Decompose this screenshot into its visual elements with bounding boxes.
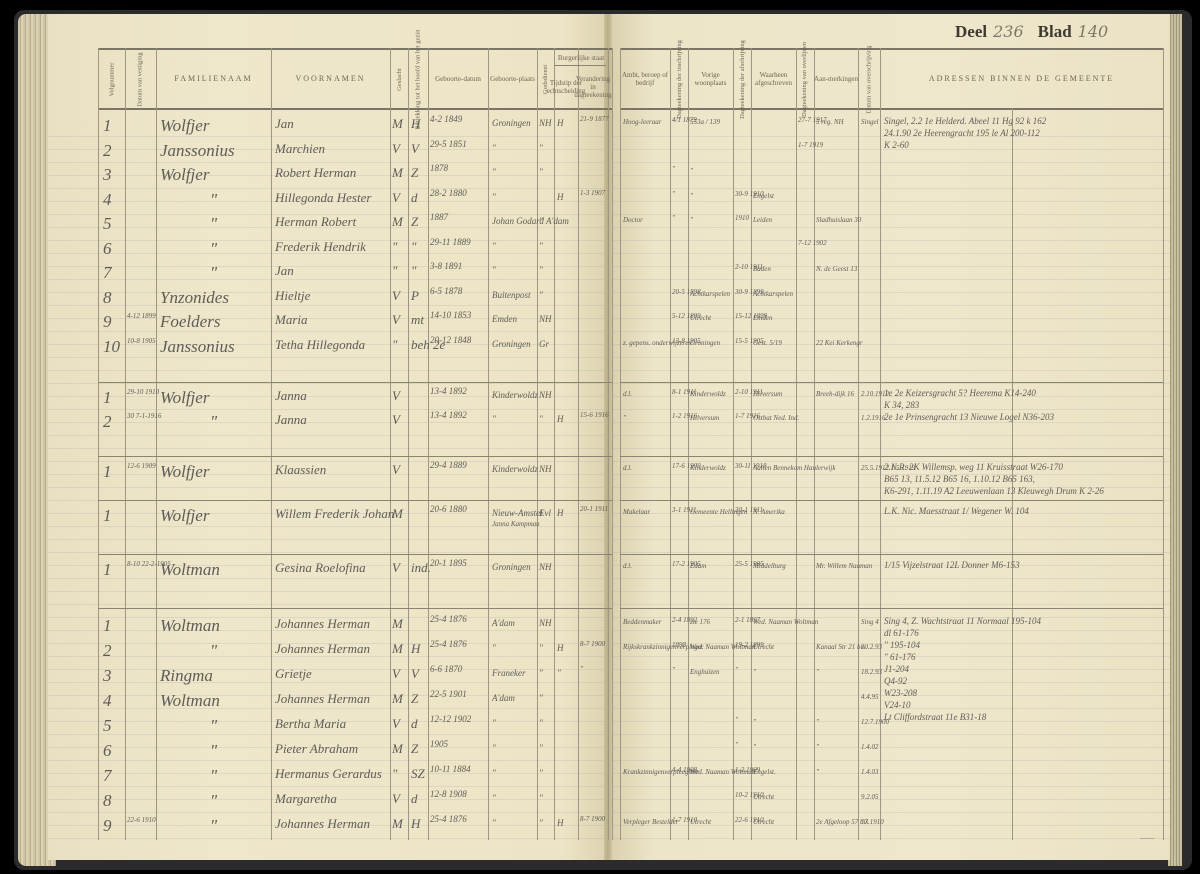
volgnummer-cell: 6 — [103, 741, 112, 761]
volgnummer-cell: 1 — [103, 616, 112, 636]
godsdienst-cell: " — [539, 167, 543, 177]
header-dagtekening_overlijden: Dagteekening van overlijden — [796, 50, 814, 108]
datum-vestiging-cell: 10-8 1905 — [127, 337, 156, 345]
header-datum_vestiging-label: Datum van vestiging — [137, 52, 144, 106]
volgnummer-cell: 2 — [103, 412, 112, 432]
address-line: dl 61-176 — [884, 628, 919, 638]
geboorteplaats-cell: Emden — [492, 314, 517, 324]
header-ambt-label: Ambt, beroep of bedrijf — [620, 71, 670, 87]
geboorteplaats-cell: Franeker — [492, 668, 526, 678]
godsdienst-cell: " — [539, 216, 543, 226]
geboortedatum-cell: 25-4 1876 — [430, 639, 467, 649]
geboortedatum-cell: 29-5 1851 — [430, 139, 467, 149]
family-separator — [620, 554, 1163, 555]
column-line — [578, 48, 579, 840]
volgnummer-cell: 1 — [103, 462, 112, 482]
godsdienst-cell: " — [539, 793, 543, 803]
geslacht-cell: V — [392, 560, 400, 576]
address-line: J1-204 — [884, 664, 909, 674]
address-line: W23-208 — [884, 688, 917, 698]
volgnummer-cell: 8 — [103, 288, 112, 308]
volume-page-indicator: Deel236Blad140 — [955, 22, 1122, 42]
address-line: 2e 1e Prinsengracht 13 Nieuwe Logel N36-… — [884, 412, 1054, 422]
column-line — [537, 48, 538, 840]
voornamen-cell: Johannes Herman — [275, 616, 370, 632]
column-line — [428, 48, 429, 840]
geslacht-cell: " — [392, 766, 397, 782]
address-line: Singel, 2.2 1e Helderd. Abeel 11 Hg 92 k… — [884, 116, 1046, 126]
volgnummer-cell: 1 — [103, 560, 112, 580]
waarheen-cell: Utrecht — [753, 818, 774, 826]
column-line — [1163, 48, 1164, 840]
overschrijving-cell: 9.2.05 — [861, 793, 879, 801]
header-adressen: ADRESSEN BINNEN DE GEMEENTE — [880, 50, 1163, 108]
burgerlijke-staat-cell: " — [557, 668, 561, 678]
header-datum_vestiging: Datum van vestiging — [125, 50, 156, 108]
header-dagtekening_overlijden-label: Dagteekening van overlijden — [802, 41, 809, 116]
familienaam-cell: " — [210, 239, 217, 259]
header-vorige_woonplaats-label: Vorige woonplaats — [688, 71, 733, 87]
geslacht-cell: M — [392, 214, 403, 230]
column-line — [670, 48, 671, 840]
godsdienst-cell: " — [539, 643, 543, 653]
geboorteplaats-cell: Johan Godard A'dam — [492, 216, 569, 226]
geboortedatum-cell: 22-5 1901 — [430, 689, 467, 699]
godsdienst-cell: NH — [539, 464, 552, 474]
address-line: 2.N.R. 2K Willemsp. weg 11 Kruisstraat W… — [884, 462, 1063, 472]
header-betrekking-label: Betrekking tot het hoofd van het gezin — [415, 29, 422, 129]
geboorteplaats-cell: " — [492, 143, 496, 153]
familienaam-cell: " — [210, 263, 217, 283]
afschrijving-cell: " — [735, 716, 738, 724]
header-dagtekening_inschrijving: Dagteekening der inschrijving — [670, 50, 688, 108]
overschrijving-cell: 1.4.03 — [861, 768, 879, 776]
column-line — [688, 48, 689, 840]
geslacht-cell: V — [392, 716, 400, 732]
familienaam-cell: " — [210, 214, 217, 234]
geboortedatum-cell: 6-5 1878 — [430, 286, 462, 296]
column-line — [488, 48, 489, 840]
overlijden-cell: 1-7 1919 — [798, 141, 823, 149]
geslacht-cell: M — [392, 741, 403, 757]
header-ambt: Ambt, beroep of bedrijf — [620, 50, 670, 108]
geslacht-cell: " — [392, 337, 397, 353]
vorige-woonplaats-cell: Enghuizen — [690, 668, 720, 676]
burgerlijke-staat-cell: H — [557, 414, 564, 424]
header-waarheen-label: Waarheen afgeschreven — [751, 71, 796, 87]
datum-vestiging-cell: 12-6 1909 — [127, 462, 156, 470]
geboortedatum-cell: 25-4 1876 — [430, 614, 467, 624]
vorige-woonplaats-cell: " — [690, 192, 693, 200]
geslacht-cell: V — [392, 141, 400, 157]
verandering-cell: 21-9 1877 — [580, 115, 609, 123]
address-line: Lt Cliffordstraat 11e B31-18 — [884, 712, 986, 722]
geboorteplaats-cell: " — [492, 167, 496, 177]
familienaam-cell: Woltman — [160, 691, 220, 711]
geslacht-cell: M — [392, 616, 403, 632]
volgnummer-cell: 9 — [103, 312, 112, 332]
godsdienst-cell: NH — [539, 390, 552, 400]
godsdienst-cell: " — [539, 718, 543, 728]
geboortedatum-cell: 12-8 1908 — [430, 789, 467, 799]
familienaam-cell: Woltman — [160, 616, 220, 636]
geslacht-cell: V — [392, 462, 400, 478]
address-line: " 195-104 — [884, 640, 920, 650]
aanmerkingen-cell: " — [816, 743, 819, 751]
geboorteplaats-cell: A'dam — [492, 693, 515, 703]
godsdienst-cell: " — [539, 693, 543, 703]
geboorteplaats-cell: Kinderwoldz — [492, 464, 538, 474]
volgnummer-cell: 9 — [103, 816, 112, 836]
voornamen-cell: Johannes Herman — [275, 641, 370, 657]
left-page — [48, 14, 608, 860]
datum-vestiging-cell: 29-10 1910 — [127, 388, 159, 396]
voornamen-cell: Robert Herman — [275, 165, 356, 181]
volgnummer-cell: 4 — [103, 190, 112, 210]
verandering-cell: 20-1 1911 — [580, 505, 608, 513]
header-bottom-right — [620, 108, 1163, 110]
vorige-woonplaats-cell: Utrecht — [690, 314, 711, 322]
column-line — [608, 48, 609, 840]
familienaam-cell: Wolfjer — [160, 388, 209, 408]
burgerlijke-staat-cell: H — [557, 192, 564, 202]
familienaam-cell: " — [210, 641, 217, 661]
datum-vestiging-cell: 30 7-1-1916 — [127, 412, 161, 420]
geslacht-cell: M — [392, 506, 403, 522]
column-line — [554, 48, 555, 840]
header-verandering: Verandering in dagteekening — [578, 66, 608, 108]
header-datum_overschrijving-label: Datum van overschrijving — [866, 45, 873, 113]
header-dagtekening_afschrijving-label: Dagteekening der afschrijving — [739, 40, 746, 119]
overschrijving-cell: 18.2.93 — [861, 668, 882, 676]
voornamen-cell: Jan — [275, 116, 294, 132]
burgerlijke-staat-cell: H — [557, 818, 564, 828]
voornamen-cell: Hermanus Gerardus — [275, 766, 382, 782]
geboortedatum-cell: 20-1 1895 — [430, 558, 467, 568]
familienaam-cell: Janssonius — [160, 141, 235, 161]
deel-value: 236 — [993, 22, 1024, 41]
geslacht-cell: V — [392, 288, 400, 304]
address-line: K 34, 283 — [884, 400, 919, 410]
geboorteplaats-cell: " — [492, 241, 496, 251]
vorige-woonplaats-cell: Kinderwoldz — [690, 390, 726, 398]
family-separator — [620, 456, 1163, 457]
afschrijving-cell: " — [735, 741, 738, 749]
note-cell: Janna Kampman — [492, 520, 540, 528]
address-line: K6-291, 1.11.19 A2 Leeuwenlaan 13 Kleuwe… — [884, 486, 1104, 496]
header-volgnummer: Volgnummer — [98, 50, 125, 108]
familienaam-cell: " — [210, 716, 217, 736]
voornamen-cell: Margaretha — [275, 791, 337, 807]
volgnummer-cell: 3 — [103, 165, 112, 185]
godsdienst-cell: " — [539, 768, 543, 778]
geboortedatum-cell: 12-12 1902 — [430, 714, 471, 724]
header-dagtekening_inschrijving-label: Dagteekening der inschrijving — [676, 40, 683, 119]
waarheen-cell: N. Amerika — [753, 508, 785, 516]
betrekking-cell: V — [411, 141, 419, 157]
voornamen-cell: Janna — [275, 388, 307, 404]
waarheen-cell: Engelst — [753, 192, 774, 200]
aanmerkingen-cell: 5 reg. NH — [816, 118, 844, 126]
vorige-woonplaats-cell: zie 176 — [690, 618, 710, 626]
family-separator — [98, 608, 612, 609]
waarheen-cell: Baden — [753, 265, 771, 273]
aanmerkingen-cell: Kanaal Str 21 bis — [816, 643, 865, 651]
godsdienst-cell: NH — [539, 314, 552, 324]
header-waarheen: Waarheen afgeschreven — [751, 50, 796, 108]
deel-label: Deel — [955, 22, 987, 41]
vorige-woonplaats-cell: Hilversum — [690, 414, 719, 422]
voornamen-cell: Willem Frederik Johan — [275, 506, 394, 522]
familienaam-cell: " — [210, 412, 217, 432]
verandering-cell: 1-3 1907 — [580, 189, 605, 197]
geboorteplaats-cell: " — [492, 793, 496, 803]
voornamen-cell: Klaassien — [275, 462, 326, 478]
geboorteplaats-cell: Nieuw-Amstel — [492, 508, 543, 518]
burgerlijke-staat-cell: H — [557, 508, 564, 518]
family-separator — [98, 456, 612, 457]
aanmerkingen-cell: N. de Geest 13 — [816, 265, 857, 273]
geslacht-cell: " — [392, 263, 397, 279]
geboorteplaats-cell: " — [492, 818, 496, 828]
familienaam-cell: " — [210, 190, 217, 210]
geboortedatum-cell: 3-8 1891 — [430, 261, 462, 271]
familienaam-cell: Janssonius — [160, 337, 235, 357]
voornamen-cell: Johannes Herman — [275, 691, 370, 707]
geboortedatum-cell: 6-6 1870 — [430, 664, 462, 674]
betrekking-cell: ind. — [411, 560, 431, 576]
geboortedatum-cell: 14-10 1853 — [430, 310, 471, 320]
godsdienst-cell: " — [539, 818, 543, 828]
address-line: 1e 2e Keizersgracht 5? Heerema K14-240 — [884, 388, 1036, 398]
geboortedatum-cell: 20-6 1880 — [430, 504, 467, 514]
godsdienst-cell: Evl — [539, 508, 551, 518]
address-line: Sing 4, Z. Wachtstraat 11 Normaal 195-10… — [884, 616, 1041, 626]
inschrijving-cell: " — [672, 190, 675, 198]
verandering-cell: 8-7 1900 — [580, 815, 605, 823]
vorige-woonplaats-cell: 553a / 139 — [690, 118, 720, 126]
betrekking-cell: mt — [411, 312, 424, 328]
family-separator — [98, 382, 612, 383]
geslacht-cell: V — [392, 412, 400, 428]
header-voornamen-label: VOORNAMEN — [296, 75, 366, 83]
address-line: 1/15 Vijzelstraat 12L Donner M6-153 — [884, 560, 1020, 570]
waarheen-cell: Wed. Naaman Woltman — [753, 618, 818, 626]
familienaam-cell: " — [210, 741, 217, 761]
waarheen-cell: Leiden — [753, 216, 772, 224]
header-geslacht: Geslacht — [390, 50, 408, 108]
godsdienst-cell: NH — [539, 562, 552, 572]
voornamen-cell: Bertha Maria — [275, 716, 346, 732]
volgnummer-cell: 1 — [103, 116, 112, 136]
voornamen-cell: Hieltje — [275, 288, 310, 304]
geboorteplaats-cell: " — [492, 718, 496, 728]
overschrijving-cell: 17.1910 — [861, 818, 884, 826]
datum-vestiging-cell: 22-6 1910 — [127, 816, 156, 824]
afschrijving-cell: " — [735, 666, 738, 674]
betrekking-cell: " — [411, 263, 416, 279]
voornamen-cell: Gesina Roelofina — [275, 560, 366, 576]
betrekking-cell: d — [411, 791, 418, 807]
header-familienaam: FAMILIENAAM — [156, 50, 271, 108]
header-volgnummer-label: Volgnummer — [108, 62, 115, 96]
verandering-cell: 15-6 1916 — [580, 411, 609, 419]
ambt-cell: Doctor — [623, 216, 643, 224]
family-separator — [620, 500, 1163, 501]
betrekking-cell: Z — [411, 165, 418, 181]
geboorteplaats-cell: " — [492, 643, 496, 653]
betrekking-cell: V — [411, 666, 419, 682]
waarheen-cell: Achtkarspelen — [753, 290, 793, 298]
page-edges-right — [1168, 14, 1182, 866]
ambt-cell: Hoog-leeraar — [623, 118, 662, 126]
header-bottom-left — [98, 108, 612, 110]
header-voornamen: VOORNAMEN — [271, 50, 390, 108]
volgnummer-cell: 3 — [103, 666, 112, 686]
godsdienst-cell: " — [539, 743, 543, 753]
overschrijving-cell: 10.2.93 — [861, 643, 882, 651]
geboortedatum-cell: 1887 — [430, 212, 448, 222]
inschrijving-cell: " — [672, 214, 675, 222]
inschrijving-cell: 1898 — [672, 641, 686, 649]
geslacht-cell: M — [392, 691, 403, 707]
aanmerkingen-cell: Mr. Willem Naaman — [816, 562, 872, 570]
vorige-woonplaats-cell: Achtkarspelen — [690, 290, 730, 298]
overschrijving-cell: 1.4.02 — [861, 743, 879, 751]
waarheen-cell: " — [753, 718, 756, 726]
godsdienst-cell: " — [539, 241, 543, 251]
ambt-cell: d.l. — [623, 464, 632, 472]
waarheen-cell: Aalten Bennekom Haulerwijk — [753, 464, 835, 472]
inschrijving-cell: " — [672, 666, 675, 674]
header-geboorteplaats-label: Geboorte-plaats — [490, 75, 535, 83]
column-line — [814, 48, 815, 840]
header-adressen-label: ADRESSEN BINNEN DE GEMEENTE — [929, 75, 1114, 83]
address-line: 24.1.90 2e Heerengracht 195 le Al 200-11… — [884, 128, 1040, 138]
geboortedatum-cell: 29-4 1889 — [430, 460, 467, 470]
volgnummer-cell: 10 — [103, 337, 120, 357]
ambt-cell: d.l. — [623, 562, 632, 570]
verandering-cell: 8-7 1900 — [580, 640, 605, 648]
geboorteplaats-cell: " — [492, 265, 496, 275]
afschrijving-cell: 1910 — [735, 214, 749, 222]
page-mark — [1140, 838, 1154, 839]
waarheen-cell: Ostbat Ned. Ind. — [753, 414, 799, 422]
betrekking-cell: d — [411, 716, 418, 732]
geslacht-cell: V — [392, 666, 400, 682]
godsdienst-cell: " — [539, 290, 543, 300]
vorige-woonplaats-cell: " — [690, 167, 693, 175]
header-verandering-label: Verandering in dagteekening — [574, 75, 611, 99]
familienaam-cell: Ringma — [160, 666, 213, 686]
waarheen-cell: Utrecht — [753, 793, 774, 801]
waarheen-cell: Emden — [753, 314, 772, 322]
waarheen-cell: Middelburg — [753, 562, 786, 570]
ambt-cell: Makelaar — [623, 508, 650, 516]
geboortedatum-cell: 25-4 1876 — [430, 814, 467, 824]
voornamen-cell: Johannes Herman — [275, 816, 370, 832]
betrekking-cell: H — [411, 116, 420, 132]
geboorteplaats-cell: Buitenpost — [492, 290, 531, 300]
volgnummer-cell: 4 — [103, 691, 112, 711]
family-separator — [620, 382, 1163, 383]
geslacht-cell: V — [392, 312, 400, 328]
address-line: V24-10 — [884, 700, 911, 710]
header-datum_overschrijving: Datum van overschrijving — [858, 50, 880, 108]
verandering-cell: " — [580, 665, 583, 673]
familienaam-cell: " — [210, 816, 217, 836]
volgnummer-cell: 1 — [103, 388, 112, 408]
betrekking-cell: Z — [411, 214, 418, 230]
volgnummer-cell: 2 — [103, 641, 112, 661]
geboortedatum-cell: 1878 — [430, 163, 448, 173]
blad-label: Blad — [1038, 22, 1072, 41]
header-vorige_woonplaats: Vorige woonplaats — [688, 50, 733, 108]
vorige-woonplaats-cell: " — [690, 216, 693, 224]
column-line — [858, 48, 859, 840]
betrekking-cell: SZ — [411, 766, 425, 782]
geboorteplaats-cell: " — [492, 414, 496, 424]
geboorteplaats-cell: Kinderwoldz — [492, 390, 538, 400]
column-line — [408, 48, 409, 840]
geboortedatum-cell: 13-4 1892 — [430, 410, 467, 420]
voornamen-cell: Janna — [275, 412, 307, 428]
header-geboorteplaats: Geboorte-plaats — [488, 50, 537, 108]
family-separator — [620, 608, 1163, 609]
waarheen-cell: Engelst. — [753, 768, 776, 776]
column-line — [98, 48, 99, 840]
ambt-cell: Beddenmaker — [623, 618, 661, 626]
familienaam-cell: " — [210, 791, 217, 811]
geboortedatum-cell: 20-12 1848 — [430, 335, 471, 345]
header-familienaam-label: FAMILIENAAM — [174, 75, 252, 83]
header-geboortedatum-label: Geboorte-datum — [435, 75, 481, 83]
vorige-woonplaats-cell: Edam — [690, 562, 706, 570]
datum-vestiging-cell: 4-12 1899 — [127, 312, 156, 320]
aanmerkingen-cell: Breeh-dijk 16 — [816, 390, 854, 398]
column-line — [612, 48, 613, 840]
volgnummer-cell: 5 — [103, 214, 112, 234]
voornamen-cell: Tetha Hillegonda — [275, 337, 365, 353]
familienaam-cell: Wolfjer — [160, 165, 209, 185]
volgnummer-cell: 8 — [103, 791, 112, 811]
address-line: L.K. Nic. Maesstraat 1/ Wegener W. 104 — [884, 506, 1029, 516]
volgnummer-cell: 7 — [103, 263, 112, 283]
column-line — [390, 48, 391, 840]
header-geslacht-label: Geslacht — [396, 68, 403, 91]
voornamen-cell: Pieter Abraham — [275, 741, 358, 757]
waarheen-cell: " — [753, 668, 756, 676]
geboorteplaats-cell: Groningen — [492, 562, 531, 572]
familienaam-cell: Ynzonides — [160, 288, 229, 308]
geslacht-cell: M — [392, 816, 403, 832]
family-separator — [98, 500, 612, 501]
blad-value: 140 — [1078, 22, 1109, 41]
familienaam-cell: Wolfjer — [160, 462, 209, 482]
voornamen-cell: Herman Robert — [275, 214, 356, 230]
godsdienst-cell: " — [539, 414, 543, 424]
waarheen-cell: Gest. 5/19 — [753, 339, 782, 347]
geboorteplaats-cell: " — [492, 192, 496, 202]
aanmerkingen-cell: Sladhuislaan 30 — [816, 216, 861, 224]
geslacht-cell: " — [392, 239, 397, 255]
column-line — [156, 48, 157, 840]
godsdienst-cell: " — [539, 668, 543, 678]
inschrijving-cell: " — [672, 165, 675, 173]
vorige-woonplaats-cell: Groningen — [690, 339, 720, 347]
column-line — [271, 48, 272, 840]
familienaam-cell: Woltman — [160, 560, 220, 580]
